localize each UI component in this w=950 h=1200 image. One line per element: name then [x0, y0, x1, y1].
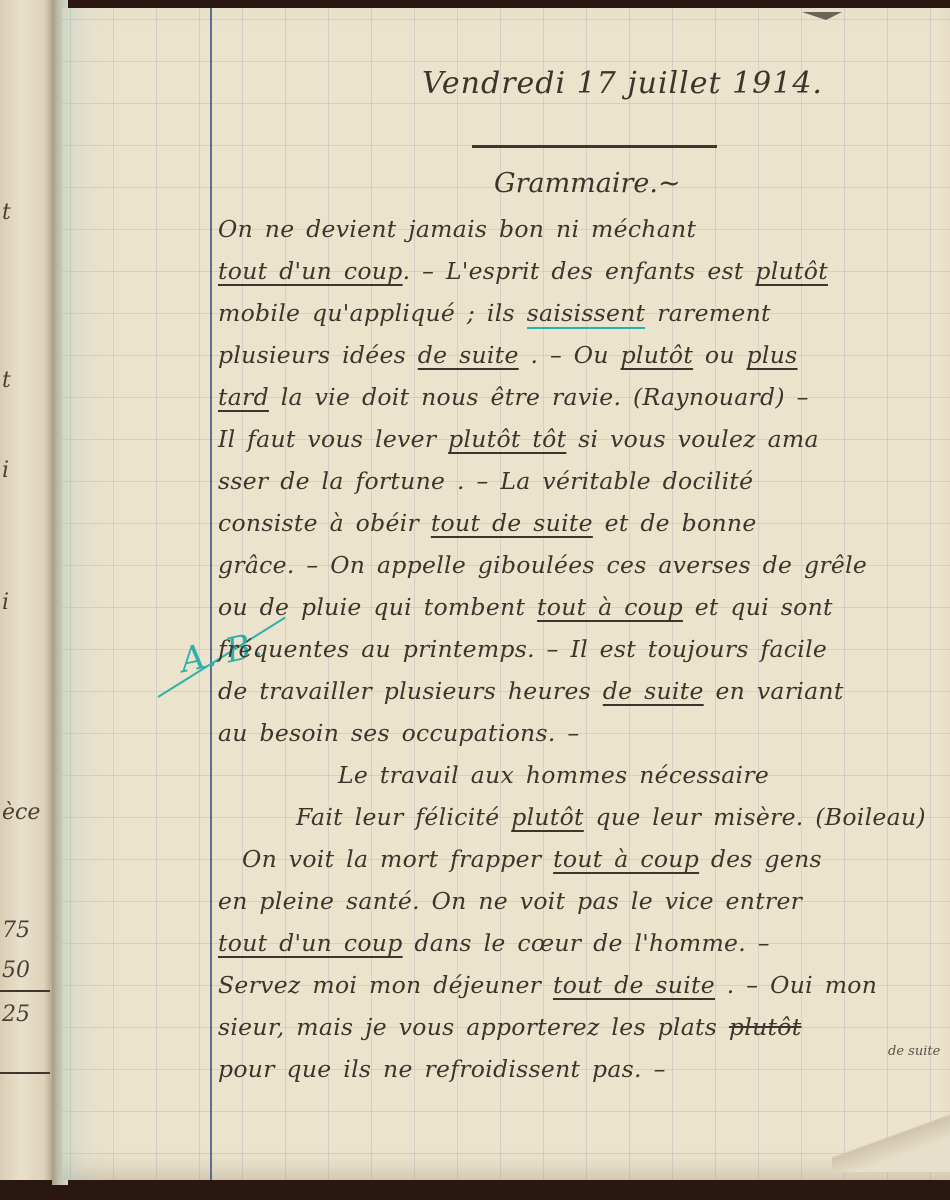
correction-note: de suite [888, 1044, 940, 1059]
text-line: Le travail aux hommes nécessaire [218, 754, 948, 796]
text-line: sser de la fortune . – La véritable doci… [218, 460, 948, 502]
text-segment: rarement [645, 299, 770, 327]
left-page-fragment: 75 [2, 918, 30, 943]
underlined-phrase: tout de suite [553, 971, 715, 999]
text-segment: On ne devient jamais bon ni méchant [218, 215, 696, 243]
text-line: plusieurs idées de suite . – Ou plutôt o… [218, 334, 948, 376]
text-segment: et qui sont [683, 593, 833, 621]
text-line: tard la vie doit nous être ravie. (Rayno… [218, 376, 948, 418]
text-line: On voit la mort frapper tout à coup des … [218, 838, 948, 880]
left-sum-rule [0, 1072, 50, 1074]
text-segment: fréquentes au printemps. – Il est toujou… [218, 635, 827, 663]
underlined-phrase: de suite [418, 341, 519, 369]
text-segment: Le travail aux hommes nécessaire [338, 761, 769, 789]
left-page-fragment: i [2, 458, 9, 483]
underlined-phrase: tout d'un coup [218, 929, 403, 957]
curled-page-corner [832, 1102, 950, 1172]
text-segment: ou de pluie qui tombent [218, 593, 537, 621]
left-sum-rule [0, 990, 50, 992]
text-segment: . – L'esprit des enfants est [403, 257, 756, 285]
left-page-edge: ttiièce755025 [0, 0, 53, 1180]
text-segment: ou [693, 341, 746, 369]
text-segment: . – Ou [519, 341, 621, 369]
text-line: On ne devient jamais bon ni méchant [218, 208, 948, 250]
text-segment: grâce. – On appelle giboulées ces averse… [218, 551, 867, 579]
text-segment: sieur, mais je vous apporterez les plats [218, 1013, 729, 1041]
underlined-phrase: plus [747, 341, 798, 369]
text-segment: de travailler plusieurs heures [218, 677, 603, 705]
text-segment: On voit la mort frapper [242, 845, 553, 873]
text-segment: Il faut vous lever [218, 425, 448, 453]
text-segment: plusieurs idées [218, 341, 418, 369]
text-line: fréquentes au printemps. – Il est toujou… [218, 628, 948, 670]
underlined-phrase: tout à coup [537, 593, 683, 621]
left-page-fragment: 25 [2, 1002, 30, 1027]
text-line: grâce. – On appelle giboulées ces averse… [218, 544, 948, 586]
text-segment: dans le cœur de l'homme. – [403, 929, 770, 957]
text-segment: la vie doit nous être ravie. (Raynouard)… [269, 383, 809, 411]
text-line: pour que ils ne refroidissent pas. – [218, 1048, 948, 1090]
text-segment: au besoin ses occupations. – [218, 719, 579, 747]
text-segment: . – Oui mon [715, 971, 877, 999]
text-segment: et de bonne [593, 509, 757, 537]
text-line: Servez moi mon déjeuner tout de suite . … [218, 964, 948, 1006]
text-line: ou de pluie qui tombent tout à coup et q… [218, 586, 948, 628]
text-line: tout d'un coup. – L'esprit des enfants e… [218, 250, 948, 292]
text-line: Fait leur félicité plutôt que leur misèr… [218, 796, 948, 838]
text-segment: sser de la fortune . – La véritable doci… [218, 467, 753, 495]
underlined-phrase: tard [218, 383, 269, 411]
text-line: de travailler plusieurs heures de suite … [218, 670, 948, 712]
text-segment: mobile qu'appliqué ; ils [218, 299, 527, 327]
margin-rule [210, 8, 212, 1180]
underlined-phrase: plutôt [511, 803, 584, 831]
torn-paper-edge [802, 12, 842, 20]
text-segment: si vous voulez ama [566, 425, 818, 453]
struck-out-word: plutôt [729, 1013, 802, 1041]
title-divider [472, 145, 717, 148]
underlined-phrase: tout de suite [431, 509, 593, 537]
text-line: sieur, mais je vous apporterez les plats… [218, 1006, 948, 1048]
handwritten-body: On ne devient jamais bon ni méchanttout … [218, 208, 948, 1090]
text-segment: que leur misère. (Boileau) [584, 803, 926, 831]
text-segment: des gens [699, 845, 822, 873]
underlined-phrase: plutôt tôt [448, 425, 566, 453]
left-page-fragment: t [2, 200, 11, 225]
underlined-phrase: plutôt [755, 257, 828, 285]
left-page-fragment: èce [2, 800, 40, 825]
text-line: en pleine santé. On ne voit pas le vice … [218, 880, 948, 922]
text-line: Il faut vous lever plutôt tôt si vous vo… [218, 418, 948, 460]
text-segment: pour que ils ne refroidissent pas. – [218, 1055, 666, 1083]
text-segment: consiste à obéir [218, 509, 431, 537]
text-segment: en pleine santé. On ne voit pas le vice … [218, 887, 802, 915]
left-page-fragment: i [2, 590, 9, 615]
underlined-phrase: plutôt [621, 341, 694, 369]
text-line: mobile qu'appliqué ; ils saisissent rare… [218, 292, 948, 334]
text-segment: Servez moi mon déjeuner [218, 971, 553, 999]
left-page-fragment: 50 [2, 958, 30, 983]
text-line: tout d'un coup dans le cœur de l'homme. … [218, 922, 948, 964]
text-line: consiste à obéir tout de suite et de bon… [218, 502, 948, 544]
text-segment: Fait leur félicité [296, 803, 511, 831]
notebook-page: A. B. Vendredi 17 juillet 1914. Grammair… [62, 8, 950, 1180]
underlined-phrase: tout à coup [553, 845, 699, 873]
text-segment: en variant [704, 677, 844, 705]
left-page-fragment: t [2, 368, 11, 393]
underlined-phrase: de suite [603, 677, 704, 705]
text-line: au besoin ses occupations. – [218, 712, 948, 754]
entry-date: Vendredi 17 juillet 1914. [422, 66, 823, 101]
underlined-phrase: tout d'un coup [218, 257, 403, 285]
section-title: Grammaire.~ [494, 168, 681, 199]
teacher-marked-word: saisissent [527, 299, 646, 329]
